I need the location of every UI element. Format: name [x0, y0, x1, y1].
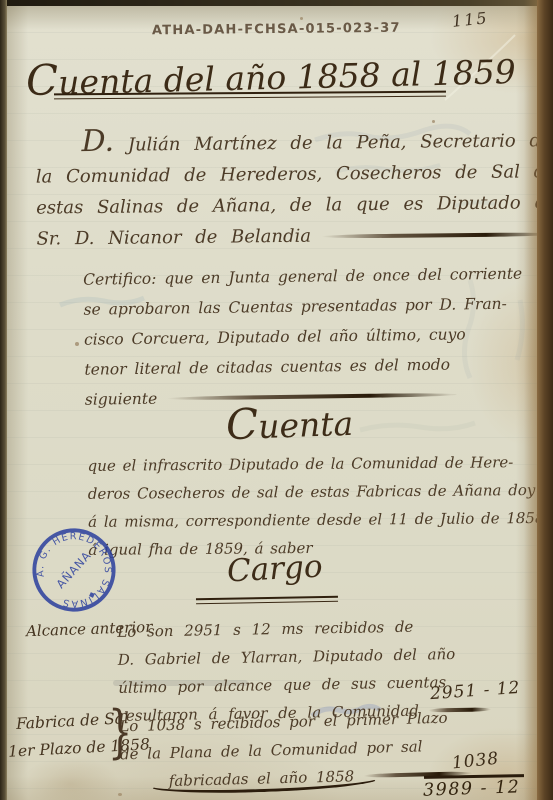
text-line: Sr. D. Nicanor de Belandia [36, 226, 311, 250]
text-line: siguiente [85, 390, 158, 409]
cuenta-heading: Cuenta [225, 396, 354, 449]
text-line: deros Cosecheros de sal de estas Fabrica… [88, 476, 524, 508]
text-line: á la misma, correspondiente desde el 11 … [88, 504, 524, 536]
archive-reference-code: ATHA-DAH-FCHSA-015-023-37 [152, 21, 401, 39]
scan-edge-right [537, 0, 553, 800]
scan-edge-top [0, 0, 553, 6]
foxing-speck [75, 342, 79, 346]
text-line: Sr. D. Nicanor de Belandia [36, 218, 528, 254]
cargo-heading: Cargo [226, 549, 323, 590]
text-line: la Comunidad de Herederos, Cosecheros de… [36, 156, 528, 192]
book-binding-edge [0, 0, 7, 800]
account-paragraph: que el infrascrito Diputado de la Comuni… [88, 448, 525, 564]
manuscript-page: 115 ATHA-DAH-FCHSA-015-023-37 Cuenta del… [0, 0, 553, 800]
foxing-speck [300, 17, 303, 20]
stamp-center-text: AÑANA [53, 548, 94, 591]
text-line: que el infrascrito Diputado de la Comuni… [88, 448, 524, 480]
text-line: D. Julián Martínez de la Peña, Secretari… [35, 121, 527, 161]
folio-number: 115 [451, 8, 489, 31]
pen-flourish [321, 232, 553, 238]
page-stack-edge [524, 0, 537, 800]
text-line: estas Salinas de Añana, de la que es Dip… [36, 187, 528, 223]
intro-paragraph: D. Julián Martínez de la Peña, Secretari… [35, 121, 528, 254]
certification-paragraph: Certifico: que en Junta general de once … [83, 259, 477, 414]
total-amount: 3989 - 12 [423, 777, 521, 800]
